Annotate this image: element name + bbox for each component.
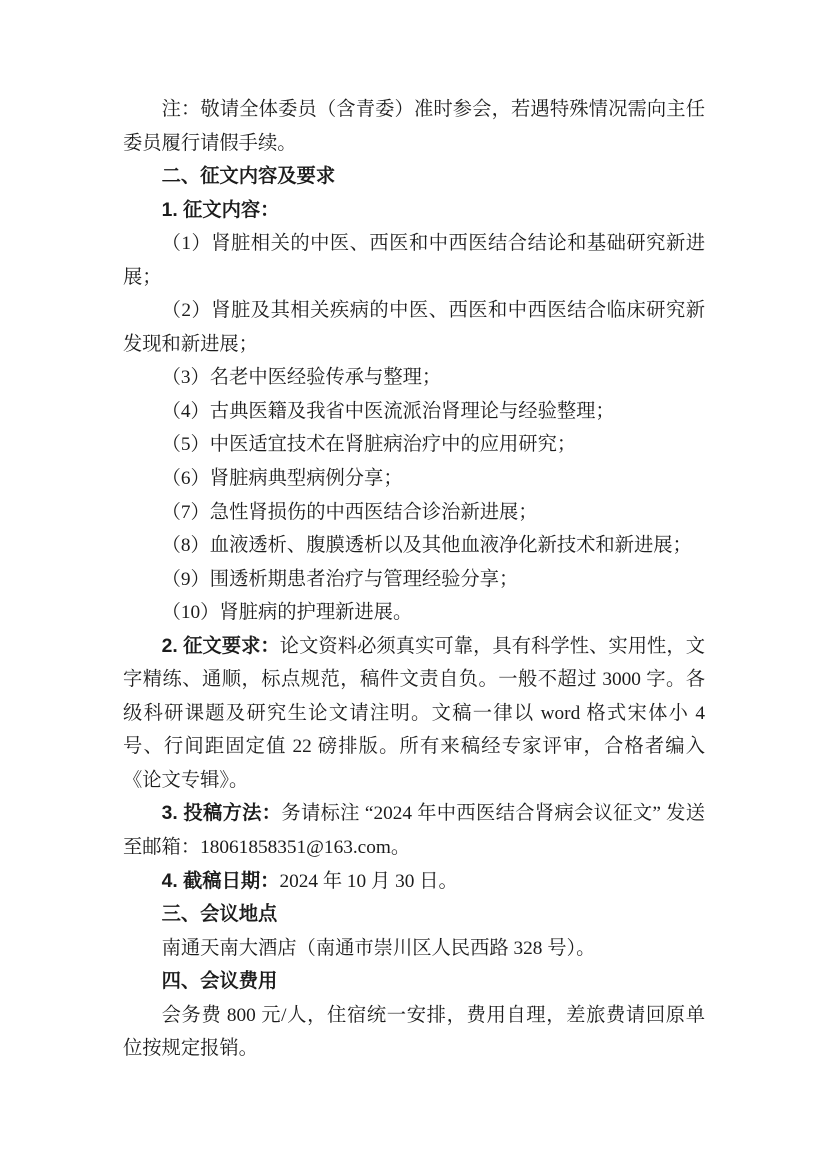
document-page: 注：敬请全体委员（含青委）准时参会，若遇特殊情况需向主任委员履行请假手续。 二、… bbox=[0, 0, 827, 1169]
topic-item-8: （8）血液透析、腹膜透析以及其他血液净化新技术和新进展； bbox=[123, 529, 705, 563]
topic-item-2: （2）肾脏及其相关疾病的中医、西医和中西医结合临床研究新发现和新进展； bbox=[123, 294, 705, 361]
deadline-label: 4. 截稿日期： bbox=[162, 871, 280, 892]
venue-paragraph: 南通天南大酒店（南通市崇川区人民西路 328 号）。 bbox=[123, 932, 705, 966]
topic-item-7: （7）急性肾损伤的中西医结合诊治新进展； bbox=[123, 496, 705, 530]
paper-requirements-label: 2. 征文要求： bbox=[162, 636, 280, 657]
subheading-paper-topics: 1. 征文内容： bbox=[123, 194, 705, 228]
paper-requirements-paragraph: 2. 征文要求：论文资料必须真实可靠，具有科学性、实用性，文字精练、通顺，标点规… bbox=[123, 630, 705, 798]
topic-item-5: （5）中医适宜技术在肾脏病治疗中的应用研究； bbox=[123, 428, 705, 462]
topic-item-9: （9）围透析期患者治疗与管理经验分享； bbox=[123, 563, 705, 597]
paper-requirements-text: 论文资料必须真实可靠，具有科学性、实用性，文字精练、通顺，标点规范，稿件文责自负… bbox=[123, 636, 705, 791]
section-heading-fees: 四、会议费用 bbox=[123, 965, 705, 999]
fees-paragraph: 会务费 800 元/人，住宿统一安排，费用自理，差旅费请回原单位按规定报销。 bbox=[123, 999, 705, 1066]
submission-method-label: 3. 投稿方法： bbox=[162, 803, 282, 824]
deadline-text: 2024 年 10 月 30 日。 bbox=[279, 871, 457, 892]
section-heading-call-for-papers: 二、征文内容及要求 bbox=[123, 160, 705, 194]
deadline-paragraph: 4. 截稿日期：2024 年 10 月 30 日。 bbox=[123, 865, 705, 899]
submission-method-paragraph: 3. 投稿方法：务请标注 “2024 年中西医结合肾病会议征文” 发送至邮箱：1… bbox=[123, 797, 705, 864]
section-heading-venue: 三、会议地点 bbox=[123, 898, 705, 932]
topic-item-10: （10）肾脏病的护理新进展。 bbox=[123, 596, 705, 630]
topic-item-4: （4）古典医籍及我省中医流派治肾理论与经验整理； bbox=[123, 395, 705, 429]
attendance-note-paragraph: 注：敬请全体委员（含青委）准时参会，若遇特殊情况需向主任委员履行请假手续。 bbox=[123, 93, 705, 160]
topic-item-1: （1）肾脏相关的中医、西医和中西医结合结论和基础研究新进展； bbox=[123, 227, 705, 294]
topic-item-6: （6）肾脏病典型病例分享； bbox=[123, 462, 705, 496]
topic-item-3: （3）名老中医经验传承与整理； bbox=[123, 361, 705, 395]
